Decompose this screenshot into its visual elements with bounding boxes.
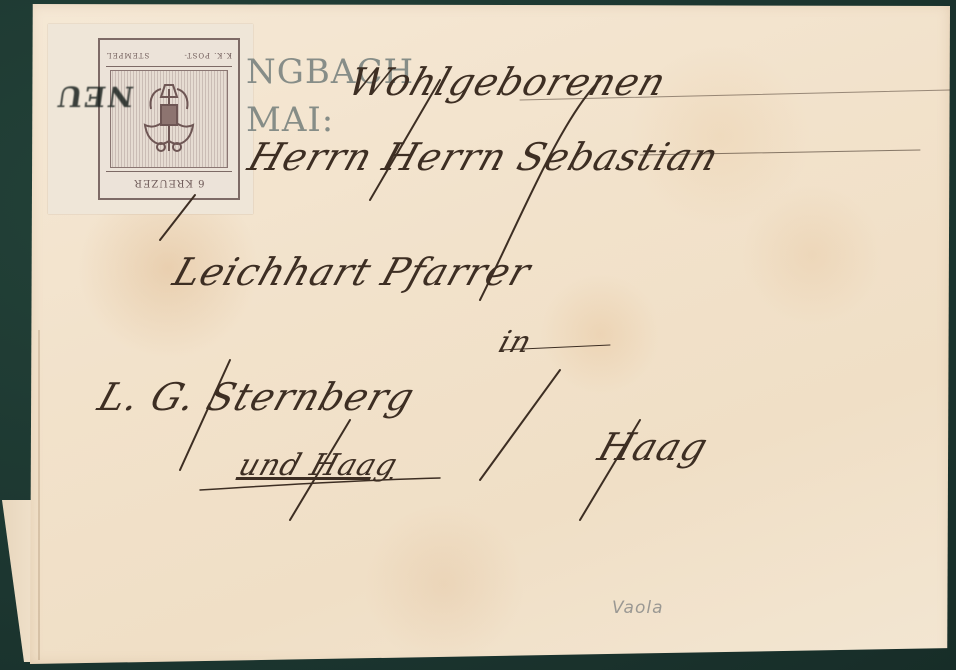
address-line-7: Haag — [593, 425, 714, 469]
black-cancellation-postmark: NEU — [54, 80, 136, 113]
pencil-annotation: Vaola — [612, 598, 664, 618]
stamp-inscription: K.K. POST- STEMPEL — [106, 44, 232, 67]
address-line-3: Leichhart Pfarrer — [168, 250, 537, 294]
fold-line — [38, 330, 40, 660]
address-line-6: und Haag — [234, 448, 402, 483]
double-headed-eagle-icon — [139, 79, 199, 159]
stamp-denomination: 6 KREUZER — [106, 171, 232, 194]
address-line-1: Wohlgeborenen — [343, 60, 672, 104]
address-line-5: L. G. Sternberg — [93, 375, 421, 419]
town-postmark-line2: MAI: — [246, 100, 334, 140]
postage-stamp: 6 KREUZER K.K. POST- STEMPEL — [98, 38, 240, 200]
stamp-inscription-right: STEMPEL — [106, 51, 149, 59]
stamp-inscription-left: K.K. POST- — [183, 51, 232, 59]
address-line-2: Herrn Herrn Sebastian — [243, 135, 725, 179]
